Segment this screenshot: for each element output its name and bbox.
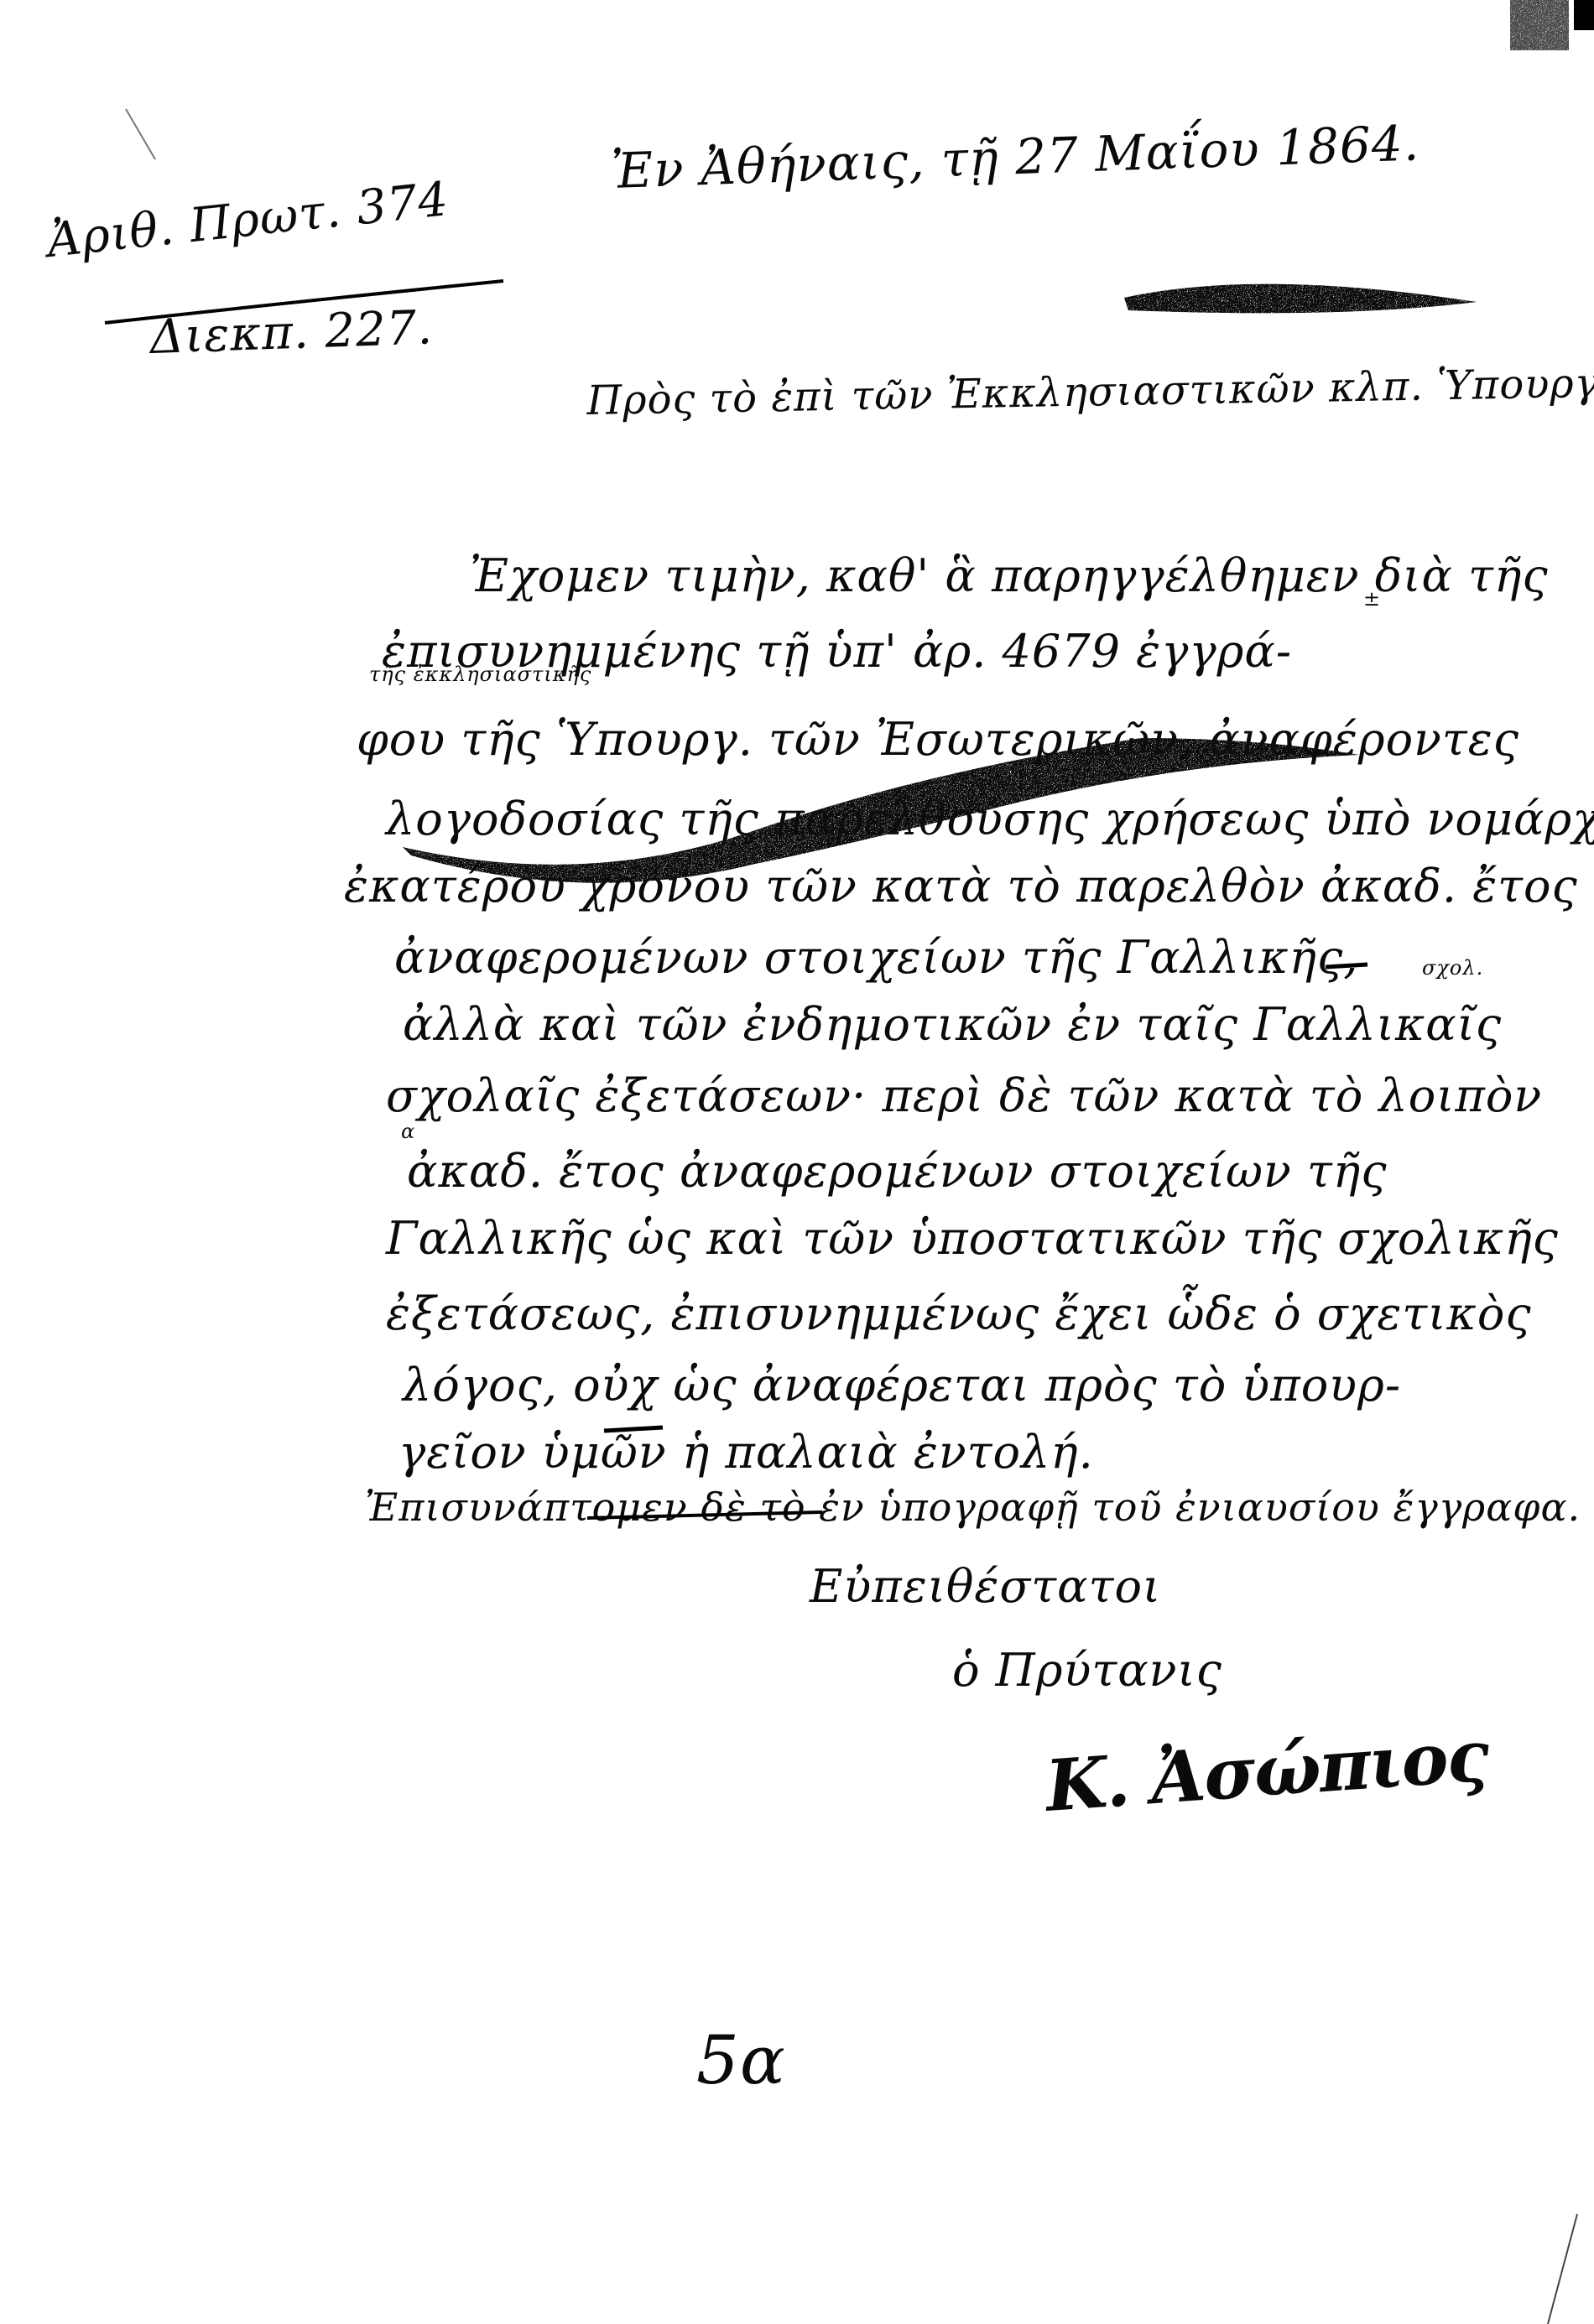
body-line-14: Ἐπισυνάπτομεν δὲ τὸ ἐν ὑπογραφῇ τοῦ ἐνια… xyxy=(365,1484,1581,1530)
dispatch-number: Διεκπ. 227. xyxy=(149,300,434,365)
ink-blot-top xyxy=(1124,284,1477,314)
interlinear-note: ± xyxy=(1363,587,1381,611)
body-line-13: γεῖον ὑμῶν ἡ παλαιὰ ἐντολή. xyxy=(398,1426,1094,1479)
protocol-number: Ἀριθ. Πρωτ. 374 xyxy=(44,172,451,268)
closing-salutation: Εὐπειθέστατοι xyxy=(810,1560,1161,1613)
interlinear-note: τῆς ἐκκλησιαστικῆς xyxy=(369,663,591,686)
body-line-12: λόγος, οὐχ ὡς ἀναφέρεται πρὸς τὸ ὑπουρ- xyxy=(403,1359,1401,1412)
body-line-1: Ἐχομεν τιμὴν, καθ' ἃ παρηγγέλθημεν διὰ τ… xyxy=(470,549,1549,602)
subject-line: Πρὸς τὸ ἐπὶ τῶν Ἐκκλησιαστικῶν κλπ. Ὑπου… xyxy=(586,360,1594,424)
dateline: Ἐν Ἀθήναις, τῇ 27 Μαΐου 1864. xyxy=(611,114,1421,200)
signature: Κ. Ἀσώπιος xyxy=(1043,1713,1491,1827)
body-line-7: ἀλλὰ καὶ τῶν ἐνδημοτικῶν ἐν ταῖς Γαλλικα… xyxy=(403,998,1502,1051)
body-line-5: ἐκατέρου χρόνου τῶν κατὰ τὸ παρελθὸν ἀκα… xyxy=(344,860,1578,912)
body-line-6: ἀναφερομένων στοιχείων τῆς Γαλλικῆς, xyxy=(394,931,1358,984)
scan-edge xyxy=(1574,0,1594,30)
body-line-11: ἐξετάσεως, ἐπισυνημμένως ἔχει ὧδε ὁ σχετ… xyxy=(386,1287,1532,1340)
document-page: Ἀριθ. Πρωτ. 374 Διεκπ. 227. Ἐν Ἀθήναις, … xyxy=(0,0,1594,2324)
closing-office: ὁ Πρύτανις xyxy=(952,1644,1222,1697)
margin-line xyxy=(1548,2214,1577,2324)
page-number: 5α xyxy=(696,2021,786,2099)
body-line-8: σχολαῖς ἐξετάσεων· περὶ δὲ τῶν κατὰ τὸ λ… xyxy=(386,1069,1542,1122)
interlinear-note: α xyxy=(401,1120,415,1143)
body-line-10: Γαλλικῆς ὡς καὶ τῶν ὑποστατικῶν τῆς σχολ… xyxy=(386,1212,1559,1265)
body-line-9: ἀκαδ. ἔτος ἀναφερομένων στοιχείων τῆς xyxy=(407,1145,1387,1198)
body-line-4: λογοδοσίας τῆς παρελθούσης χρήσεως ὑπὸ ν… xyxy=(386,793,1594,845)
interlinear-note: σχολ. xyxy=(1422,956,1483,980)
body-line-3: φου τῆς Ὑπουργ. τῶν Ἐσωτερικῶν, ἀναφέρον… xyxy=(357,713,1519,766)
